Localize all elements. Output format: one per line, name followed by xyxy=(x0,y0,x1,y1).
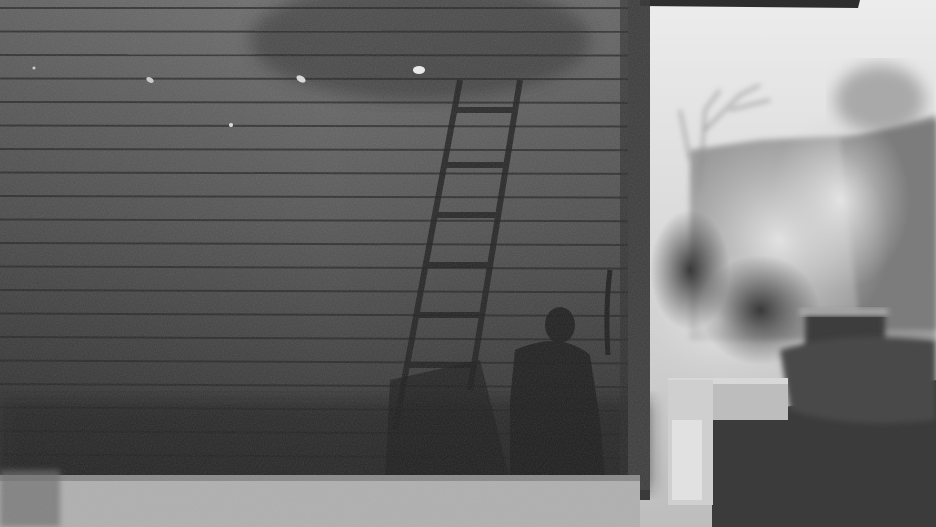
photo-canvas xyxy=(0,0,936,527)
photograph xyxy=(0,0,936,527)
rubble xyxy=(780,337,936,424)
